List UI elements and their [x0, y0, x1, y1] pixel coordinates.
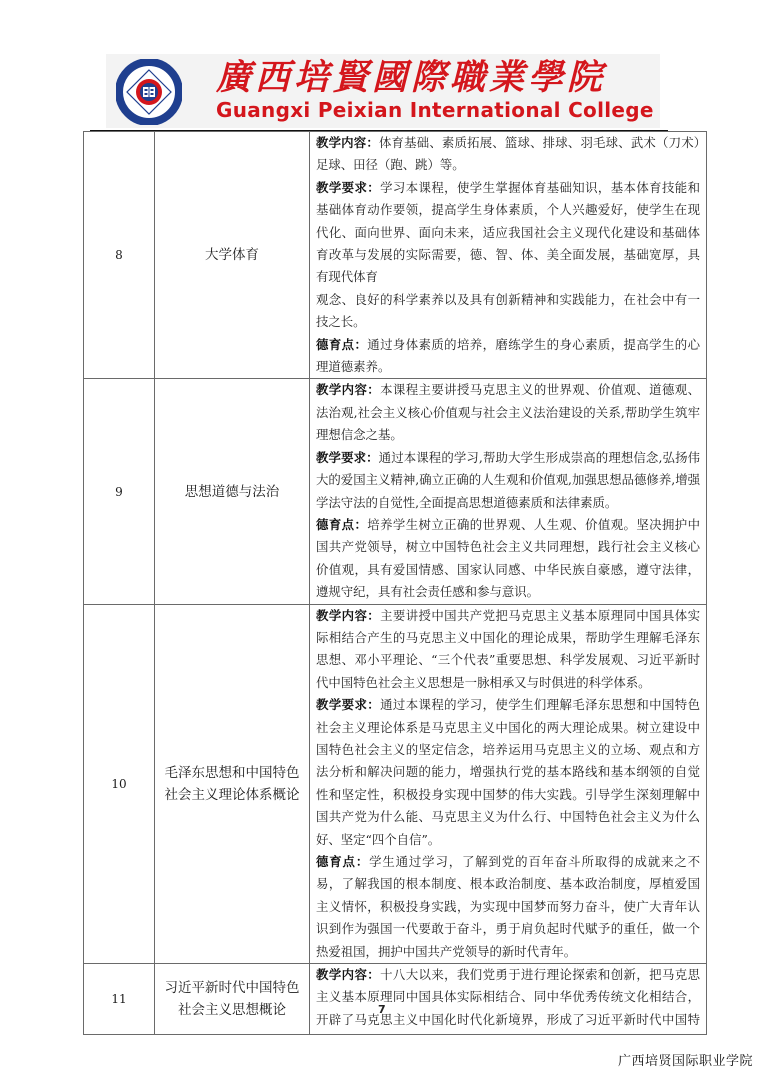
footer-college-name: 广西培贤国际职业学院	[618, 1050, 753, 1069]
course-number: 10	[84, 604, 155, 964]
page-number: 7	[378, 1003, 386, 1016]
course-description: 教学内容：本课程主要讲授马克思主义的世界观、价值观、道德观、法治观,社会主义核心…	[310, 379, 707, 604]
teaching-content: 教学内容：主要讲授中国共产党把马克思主义基本原理同中国具体实际相结合产生的马克思…	[316, 605, 700, 695]
label-teaching-content: 教学内容：	[316, 382, 380, 397]
table-row: 8 大学体育 教学内容：体育基础、素质拓展、篮球、排球、羽毛球、武术（刀术）足球…	[84, 132, 707, 379]
label-teaching-requirements: 教学要求：	[316, 450, 379, 465]
teaching-requirements: 教学要求：通过本课程的学习，使学生们理解毛泽东思想和中国特色社会主义理论体系是马…	[316, 694, 700, 851]
college-name-chinese: 廣西培賢國際職業學院	[216, 58, 656, 98]
course-table: 8 大学体育 教学内容：体育基础、素质拓展、篮球、排球、羽毛球、武术（刀术）足球…	[83, 131, 707, 1035]
label-teaching-content: 教学内容：	[316, 135, 379, 150]
college-logo-icon	[116, 59, 182, 125]
label-moral-education: 德育点：	[316, 517, 367, 532]
label-teaching-content: 教学内容：	[316, 967, 380, 982]
label-teaching-requirements: 教学要求：	[316, 697, 380, 712]
course-name: 习近平新时代中国特色社会主义思想概论	[155, 964, 310, 1035]
course-number: 9	[84, 379, 155, 604]
teaching-content: 教学内容：体育基础、素质拓展、篮球、排球、羽毛球、武术（刀术）足球、田径（跑、跳…	[316, 132, 700, 177]
moral-education-point: 德育点：培养学生树立正确的世界观、人生观、价值观。坚决拥护中国共产党领导，树立中…	[316, 514, 700, 604]
label-moral-education: 德育点：	[316, 337, 367, 352]
course-name: 大学体育	[155, 132, 310, 379]
table-row: 10 毛泽东思想和中国特色社会主义理论体系概论 教学内容：主要讲授中国共产党把马…	[84, 604, 707, 964]
course-description: 教学内容：体育基础、素质拓展、篮球、排球、羽毛球、武术（刀术）足球、田径（跑、跳…	[310, 132, 707, 379]
label-teaching-requirements: 教学要求：	[316, 180, 380, 195]
course-name: 思想道德与法治	[155, 379, 310, 604]
moral-education-point: 德育点：学生通过学习，了解到党的百年奋斗所取得的成就来之不易，了解我国的根本制度…	[316, 851, 700, 963]
teaching-requirements: 教学要求：通过本课程的学习,帮助大学生形成崇高的理想信念,弘扬伟大的爱国主义精神…	[316, 447, 700, 514]
label-teaching-content: 教学内容：	[316, 608, 380, 623]
teaching-content: 教学内容：本课程主要讲授马克思主义的世界观、价值观、道德观、法治观,社会主义核心…	[316, 379, 700, 446]
course-description: 教学内容：十八大以来，我们党勇于进行理论探索和创新，把马克思主义基本原理同中国具…	[310, 964, 707, 1035]
course-name: 毛泽东思想和中国特色社会主义理论体系概论	[155, 604, 310, 964]
teaching-content: 教学内容：十八大以来，我们党勇于进行理论探索和创新，把马克思主义基本原理同中国具…	[316, 964, 700, 1034]
table-row: 11 习近平新时代中国特色社会主义思想概论 教学内容：十八大以来，我们党勇于进行…	[84, 964, 707, 1035]
course-number: 8	[84, 132, 155, 379]
college-header-banner: 廣西培賢國際職業學院 Guangxi Peixian International…	[106, 54, 660, 128]
course-number: 11	[84, 964, 155, 1035]
teaching-requirements-continued: 观念、良好的科学素养以及具有创新精神和实践能力，在社会中有一技之长。	[316, 289, 700, 334]
moral-education-point: 德育点：通过身体素质的培养，磨练学生的身心素质，提高学生的心理道德素养。	[316, 334, 700, 379]
college-name-english: Guangxi Peixian International College	[216, 98, 656, 122]
teaching-requirements: 教学要求：学习本课程，使学生掌握体育基础知识，基本体育技能和基础体育动作要领，提…	[316, 177, 700, 289]
label-moral-education: 德育点：	[316, 854, 369, 869]
table-row: 9 思想道德与法治 教学内容：本课程主要讲授马克思主义的世界观、价值观、道德观、…	[84, 379, 707, 604]
course-description: 教学内容：主要讲授中国共产党把马克思主义基本原理同中国具体实际相结合产生的马克思…	[310, 604, 707, 964]
